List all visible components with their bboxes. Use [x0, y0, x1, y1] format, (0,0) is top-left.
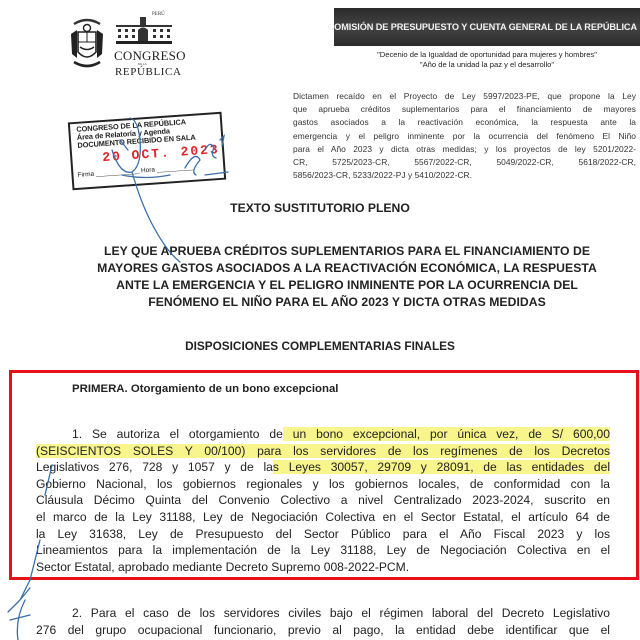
ley-title-line: MAYORES GASTOS ASOCIADOS A LA REACTIVACI…	[54, 260, 640, 277]
disposiciones-title: DISPOSICIONES COMPLEMENTARIAS FINALES	[0, 339, 640, 353]
hora-label: Hora	[141, 166, 156, 174]
logo-republica-text: REPÚBLICA	[115, 66, 182, 78]
ley-title-line: ANTE LA EMERGENCIA Y EL PELIGRO INMINENT…	[54, 277, 640, 294]
para-line: el marco de la Ley 31188, Ley de Negocia…	[36, 509, 610, 526]
para-line: la Ley 31638, Ley de Presupuesto del Sec…	[36, 526, 610, 543]
logo-peru-text: PERÚ	[152, 12, 165, 17]
para-text: Legislativos 276, 728 y 1057 y de la	[36, 460, 273, 474]
para-line: Lineamientos para la implementación de l…	[36, 542, 610, 559]
dictamen-line: que aprueba créditos suplementarios para…	[293, 103, 636, 116]
para-line: Sector Estatal, aprobado mediante Decret…	[36, 559, 610, 576]
stamp-firma-hora: Firma ____________ Hora __________	[77, 164, 193, 179]
para-line: Cláusula Décimo Quinta del Convenio Cole…	[36, 492, 610, 509]
commission-name: COMISIÓN DE PRESUPUESTO Y CUENTA GENERAL…	[328, 22, 637, 32]
dictamen-line: para el Año 2023 y dicta otras medidas; …	[293, 143, 636, 156]
motto-line-2: "Año de la unidad la paz y el desarrollo…	[334, 60, 640, 70]
primera-paragraph-2: 2. Para el caso de los servidores civile…	[36, 605, 610, 638]
primera-paragraph-1: 1. Se autoriza el otorgamiento de un bon…	[36, 426, 610, 575]
highlighted-text: un bono excepcional, por única vez, de S…	[283, 427, 610, 441]
para-text: 1. Se autoriza el otorgamiento de	[72, 427, 283, 441]
dictamen-line: emergencia y el peligro inminente por la…	[293, 130, 636, 143]
dictamen-line: gastos asociados a la reactivación econó…	[293, 116, 636, 129]
highlighted-text: (SEISCIENTOS SOLES Y 00/100) para los se…	[36, 444, 610, 458]
para-line: Legislativos 276, 728 y 1057 y de las Le…	[36, 459, 610, 476]
ley-title-line: LEY QUE APRUEBA CRÉDITOS SUPLEMENTARIOS …	[54, 243, 640, 260]
reception-stamp: CONGRESO DE LA REPÚBLICA Área de Relator…	[68, 112, 226, 191]
commission-header-bar: COMISIÓN DE PRESUPUESTO Y CUENTA GENERAL…	[334, 8, 640, 46]
texto-sustitutorio-title: TEXTO SUSTITUTORIO PLENO	[0, 201, 640, 215]
dictamen-line: CR, 5725/2023-CR, 5567/2022-CR, 5049/202…	[293, 156, 636, 169]
ley-title: LEY QUE APRUEBA CRÉDITOS SUPLEMENTARIOS …	[54, 243, 640, 311]
ley-title-line: FENÓMENO EL NIÑO PARA EL AÑO 2023 Y DICT…	[54, 294, 640, 311]
firma-label: Firma	[77, 171, 94, 179]
logo-congreso-text: CONGRESO	[114, 48, 186, 64]
primera-heading: PRIMERA. Otorgamiento de un bono excepci…	[72, 383, 338, 395]
highlighted-text: s Leyes 30057, 29709 y 28091, de las ent…	[273, 460, 610, 474]
motto-line-1: "Decenio de la Igualdad de oportunidad p…	[334, 50, 640, 60]
congress-building-icon	[116, 14, 172, 44]
dictamen-paragraph: Dictamen recaído en el Proyecto de Ley 5…	[293, 90, 636, 182]
para-line: 1. Se autoriza el otorgamiento de un bon…	[36, 426, 610, 443]
para-line: Gobierno Nacional, los gobiernos regiona…	[36, 476, 610, 493]
dictamen-line: 5856/2023-CR, 5233/2022-PJ y 5410/2022-C…	[293, 169, 636, 182]
peru-coat-of-arms-icon	[68, 18, 106, 74]
dictamen-line: Dictamen recaído en el Proyecto de Ley 5…	[293, 90, 636, 103]
para-line: (SEISCIENTOS SOLES Y 00/100) para los se…	[36, 443, 610, 460]
congreso-logo: PERÚ CONGRESO DE LA REPÚBLICA	[112, 10, 174, 76]
para-line: 276 del grupo ocupacional funcionario, p…	[36, 622, 610, 639]
para-line: 2. Para el caso de los servidores civile…	[36, 605, 610, 622]
motto-block: "Decenio de la Igualdad de oportunidad p…	[334, 50, 640, 70]
